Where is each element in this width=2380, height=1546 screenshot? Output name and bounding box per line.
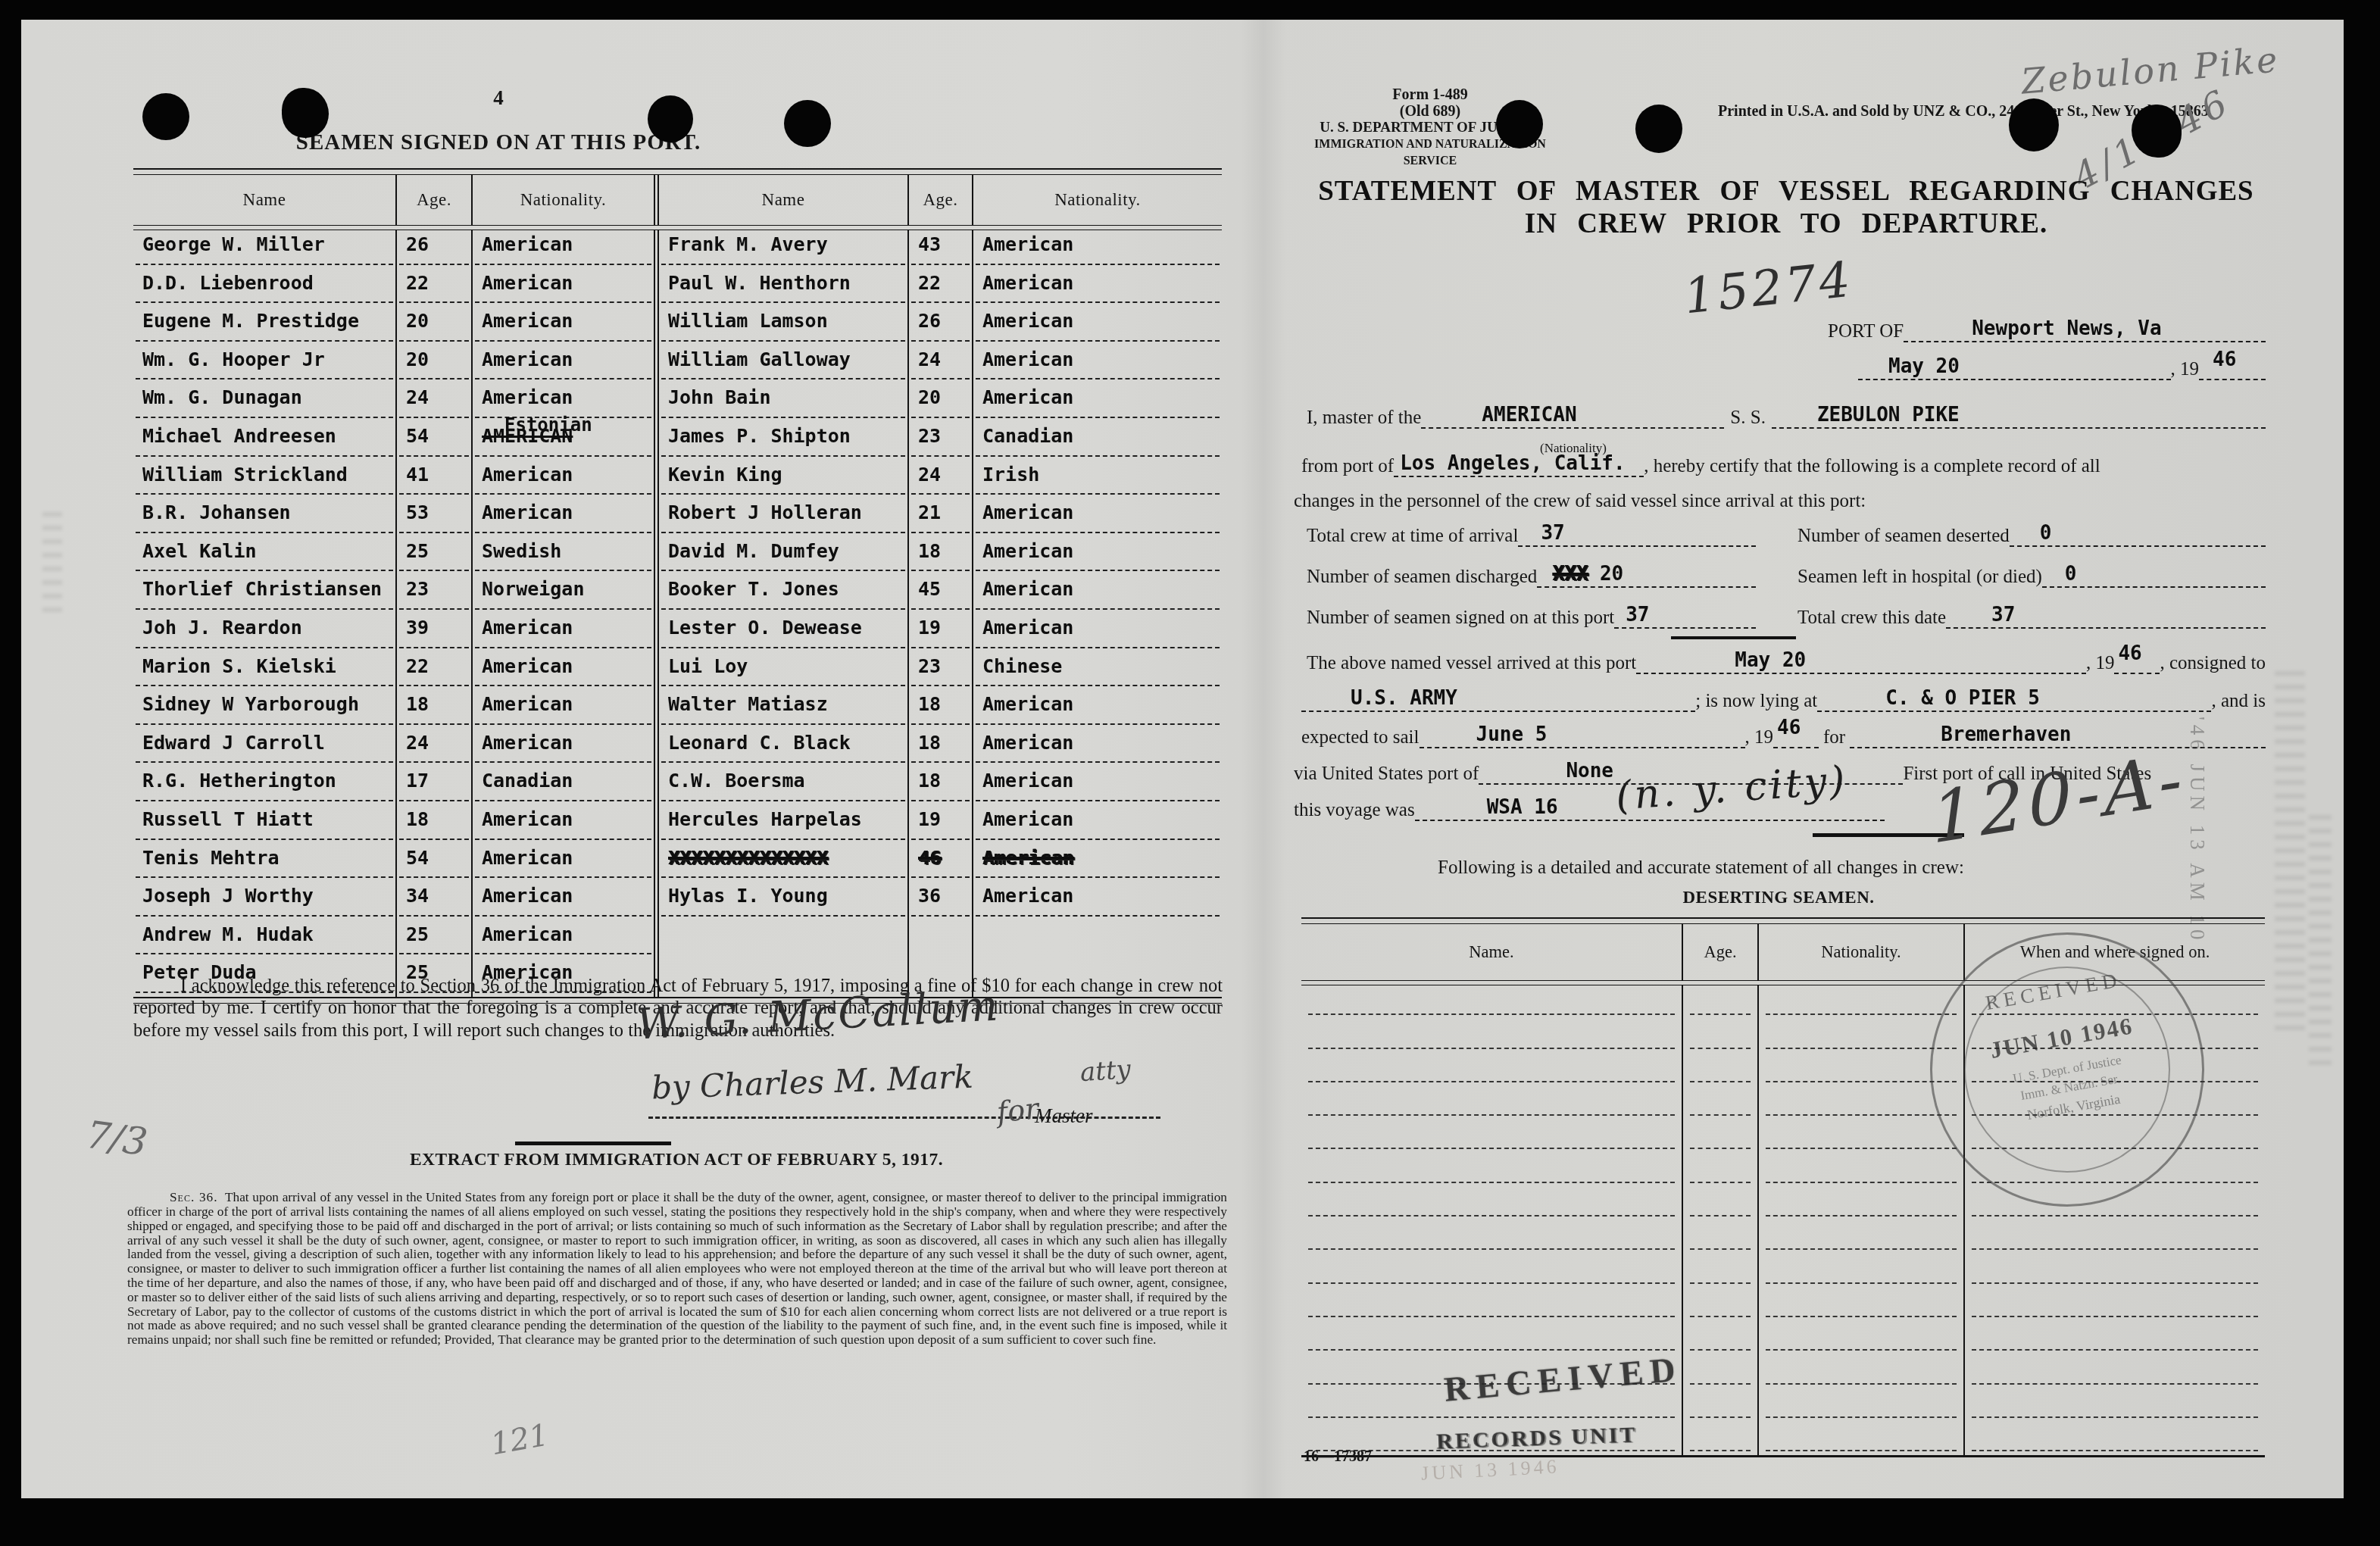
cell-name: Joh J. Reardon xyxy=(142,617,302,639)
table-row: Sidney W Yarborough18AmericanWalter Mati… xyxy=(133,690,1222,729)
page-number: 4 xyxy=(476,86,521,110)
cell-nationality: Chinese xyxy=(982,655,1062,677)
cell-nationality: American xyxy=(982,847,1073,869)
cell-nationality: Canadian xyxy=(482,770,573,792)
master-line: I, master of the AMERICAN S. S. ZEBULON … xyxy=(1307,408,2266,429)
cell-name: Robert J Holleran xyxy=(668,501,862,523)
cell-nationality: American xyxy=(982,272,1073,294)
cell-age: 25 xyxy=(406,923,429,945)
attorney-abbrev: atty xyxy=(1079,1054,1132,1088)
stat-hospital-value: 0 xyxy=(2065,563,2077,586)
scan-border-left xyxy=(0,0,21,1546)
extract-heading: EXTRACT FROM IMMIGRATION ACT OF FEBRUARY… xyxy=(127,1150,1226,1170)
table-row: William Strickland41AmericanKevin King24… xyxy=(133,461,1222,499)
consignee-fill: U.S. ARMY xyxy=(1301,704,1695,712)
cell-age: 18 xyxy=(918,693,941,715)
table-row: B.R. Johansen53AmericanRobert J Holleran… xyxy=(133,498,1222,537)
scanned-document: 4 SEAMEN SIGNED ON AT THIS PORT. Name Ag… xyxy=(0,0,2380,1546)
handwritten-vessel-name: Zebulon Pike xyxy=(2019,39,2281,102)
punch-hole xyxy=(784,100,831,147)
cell-age: 26 xyxy=(918,310,941,332)
sail-fill: June 5 xyxy=(1420,741,1745,748)
section-label: Sec. 36. xyxy=(170,1190,218,1204)
cell-nationality: American xyxy=(982,578,1073,600)
cell-nationality: American xyxy=(982,348,1073,370)
stat-hospital: Seamen left in hospital (or died) 0 xyxy=(1797,567,2266,588)
cell-nationality: American xyxy=(982,693,1073,715)
port-line: PORT OF Newport News, Va xyxy=(1828,321,2266,342)
year-value: 46 xyxy=(2213,348,2236,371)
faint-date-stamp: JUN 13 1946 xyxy=(1420,1455,1560,1485)
cell-age: 54 xyxy=(406,847,429,869)
lying-suffix: , and is xyxy=(2211,691,2266,712)
cell-name: Joseph J Worthy xyxy=(142,885,314,907)
cell-age: 18 xyxy=(406,808,429,830)
deserting-empty-row xyxy=(1301,1288,2265,1321)
cell-age: 20 xyxy=(406,310,429,332)
cell-name: B.R. Johansen xyxy=(142,501,291,523)
extract-heading-bar xyxy=(515,1142,671,1145)
cell-age: 25 xyxy=(406,540,429,562)
from-port-fill: Los Angeles, Calif. xyxy=(1394,470,1644,477)
cell-nationality: American xyxy=(982,617,1073,639)
cell-name: Axel Kalin xyxy=(142,540,257,562)
master-label: Master xyxy=(1035,1104,1093,1128)
col-header-nationality2: Nationality. xyxy=(972,175,1222,225)
table-row: Michael Andreesen54EstonianAMERICANJames… xyxy=(133,422,1222,461)
cell-nationality: American xyxy=(482,923,573,945)
cell-age: 20 xyxy=(918,386,941,408)
deserting-col-nationality: Nationality. xyxy=(1757,924,1963,980)
cell-name: Sidney W Yarborough xyxy=(142,693,359,715)
cell-nationality: American xyxy=(482,501,573,523)
file-number-handwritten: 15274 xyxy=(1682,252,1856,326)
punch-hole xyxy=(2132,105,2182,158)
table-row: Axel Kalin25SwedishDavid M. Dumfey18Amer… xyxy=(133,537,1222,576)
stat-deserted-fill: 0 xyxy=(2010,539,2266,547)
cell-nationality: American xyxy=(482,847,573,869)
cell-name: Marion S. Kielski xyxy=(142,655,336,677)
title-line-1: STATEMENT OF MASTER OF VESSEL REGARDING … xyxy=(1294,175,2278,208)
stat-arrival-fill: 37 xyxy=(1518,539,1756,547)
cell-nationality: American xyxy=(482,617,573,639)
dest-value: Bremerhaven xyxy=(1941,723,2071,746)
via-pre: via United States port of xyxy=(1294,764,1479,785)
cell-age: 34 xyxy=(406,885,429,907)
crew-table-rows: George W. Miller26AmericanFrank M. Avery… xyxy=(133,230,1222,997)
cell-nationality: American xyxy=(982,386,1073,408)
cell-nationality: American xyxy=(482,885,573,907)
cell-name: C.W. Boersma xyxy=(668,770,805,792)
table-row: Eugene M. Prestidge20AmericanWilliam Lam… xyxy=(133,307,1222,345)
cell-name: Wm. G. Dunagan xyxy=(142,386,302,408)
cell-name: William Strickland xyxy=(142,464,348,486)
cell-nationality: American xyxy=(482,732,573,754)
date-fill: May 20 xyxy=(1858,373,2171,380)
cell-name: R.G. Hetherington xyxy=(142,770,336,792)
cell-age: 45 xyxy=(918,578,941,600)
cell-name: Paul W. Henthorn xyxy=(668,272,851,294)
cell-name: Kevin King xyxy=(668,464,782,486)
scan-border-bottom xyxy=(0,1498,2380,1546)
punch-hole xyxy=(142,93,189,140)
bleed-through-text xyxy=(2275,671,2305,1035)
table-row: George W. Miller26AmericanFrank M. Avery… xyxy=(133,230,1222,269)
arrived-year-fill: 46 xyxy=(2114,667,2160,674)
sail-year-prefix: , 19 xyxy=(1745,727,1774,748)
year-prefix: , 19 xyxy=(2171,359,2200,380)
pier-value: C. & O PIER 5 xyxy=(1885,687,2040,710)
lying-line: U.S. ARMY ; is now lying at C. & O PIER … xyxy=(1301,691,2266,712)
lying-mid: ; is now lying at xyxy=(1695,691,1817,712)
deserting-empty-row xyxy=(1301,1254,2265,1287)
cell-name: Tenis Mehtra xyxy=(142,847,280,869)
cell-name: Thorlief Christiansen xyxy=(142,578,382,600)
cell-name: Lui Loy xyxy=(668,655,748,677)
table-row: Wm. G. Hooper Jr20AmericanWilliam Gallow… xyxy=(133,345,1222,384)
col-header-age2: Age. xyxy=(907,175,972,225)
deserting-empty-row xyxy=(1301,1321,2265,1354)
arrived-year: 46 xyxy=(2118,642,2141,665)
col-header-name2: Name xyxy=(654,175,907,225)
crew-table: Name Age. Nationality. Name Age. Nationa… xyxy=(133,168,1222,1004)
stat-discharged-value: 20 xyxy=(1600,563,1623,586)
table-row: Wm. G. Dunagan24AmericanJohn Bain20Ameri… xyxy=(133,383,1222,422)
table-row: R.G. Hetherington17CanadianC.W. Boersma1… xyxy=(133,767,1222,805)
arrived-suffix: , consigned to xyxy=(2160,653,2266,674)
cell-nationality: American xyxy=(482,272,573,294)
pencil-mark-top: 7/3 xyxy=(83,1113,150,1165)
extract-text: That upon arrival of any vessel in the U… xyxy=(127,1190,1227,1347)
edge-smudge xyxy=(42,512,62,618)
stat-total-value: 37 xyxy=(1991,604,2015,626)
cell-name: Russell T Hiatt xyxy=(142,808,314,830)
table-row: Thorlief Christiansen23NorweiganBooker T… xyxy=(133,575,1222,614)
table-row: Edward J Carroll24AmericanLeonard C. Bla… xyxy=(133,729,1222,767)
cell-age: 43 xyxy=(918,233,941,255)
cell-nationality: American xyxy=(482,655,573,677)
stat-discharged-label: Number of seamen discharged xyxy=(1307,567,1537,588)
cell-age: 22 xyxy=(918,272,941,294)
deserting-bottom-rule xyxy=(1301,1455,2265,1459)
sail-line: expected to sail June 5 , 19 46 for Brem… xyxy=(1301,727,2266,748)
cell-age: 41 xyxy=(406,464,429,486)
cell-age: 23 xyxy=(918,425,941,447)
cell-nationality: Canadian xyxy=(982,425,1073,447)
cell-age: 22 xyxy=(406,655,429,677)
punch-hole xyxy=(648,95,693,142)
cell-nationality: American xyxy=(482,233,573,255)
stat-hospital-label: Seamen left in hospital (or died) xyxy=(1797,567,2042,588)
paper-spread: 4 SEAMEN SIGNED ON AT THIS PORT. Name Ag… xyxy=(21,20,2344,1498)
extract-body: Sec. 36. That upon arrival of any vessel… xyxy=(127,1191,1227,1348)
arrived-value: May 20 xyxy=(1735,649,1806,672)
stat-total-fill: 37 xyxy=(1946,621,2266,629)
cell-nationality: Irish xyxy=(982,464,1039,486)
cell-age: 22 xyxy=(406,272,429,294)
voyage-pre: this voyage was xyxy=(1294,800,1415,821)
changes-line: changes in the personnel of the crew of … xyxy=(1294,491,1866,512)
cell-nationality: American xyxy=(482,464,573,486)
left-page-title: SEAMEN SIGNED ON AT THIS PORT. xyxy=(279,130,718,155)
nationality-fill: AMERICAN xyxy=(1421,421,1724,429)
port-label: PORT OF xyxy=(1828,321,1904,342)
deserting-top-rule xyxy=(1301,917,2265,924)
cell-age: 39 xyxy=(406,617,429,639)
consignee-value: U.S. ARMY xyxy=(1351,687,1457,710)
port-value: Newport News, Va xyxy=(1972,317,2161,340)
scan-border-top xyxy=(0,0,2380,20)
title-line-2: IN CREW PRIOR TO DEPARTURE. xyxy=(1294,208,2278,240)
table-row: Joh J. Reardon39AmericanLester O. Deweas… xyxy=(133,614,1222,652)
cell-name: William Lamson xyxy=(668,310,828,332)
cell-name: Hercules Harpelas xyxy=(668,808,862,830)
cell-nationality: American xyxy=(982,808,1073,830)
cell-nationality: American xyxy=(982,310,1073,332)
cell-age: 19 xyxy=(918,808,941,830)
cell-nationality: Norweigan xyxy=(482,578,584,600)
for-word-handwritten: for xyxy=(995,1092,1040,1129)
voyage-value: WSA 16 xyxy=(1487,796,1558,819)
table-row: Andrew M. Hudak25American xyxy=(133,920,1222,959)
punch-hole xyxy=(1635,105,1682,153)
cell-nationality: American xyxy=(982,732,1073,754)
deserting-heading: DESERTING SEAMEN. xyxy=(1635,888,1922,907)
print-order-number: 16—17387 xyxy=(1304,1448,1372,1466)
stat-signed: Number of seamen signed on at this port … xyxy=(1307,607,1756,629)
cell-name: Leonard C. Black xyxy=(668,732,851,754)
master-pre: I, master of the xyxy=(1307,408,1421,429)
cell-age: 18 xyxy=(406,693,429,715)
punch-hole xyxy=(2009,98,2059,151)
cell-name: XXXXXXXXXXXXXX xyxy=(668,847,828,869)
table-row: D.D. Liebenrood22AmericanPaul W. Henthor… xyxy=(133,269,1222,308)
cell-age: 24 xyxy=(918,464,941,486)
stat-signed-fill: 37 xyxy=(1614,621,1756,629)
arrived-pre: The above named vessel arrived at this p… xyxy=(1307,653,1636,674)
cell-nationality: American xyxy=(982,540,1073,562)
stat-deserted: Number of seamen deserted 0 xyxy=(1797,526,2266,547)
stat-arrival: Total crew at time of arrival 37 xyxy=(1307,526,1756,547)
deserting-empty-row xyxy=(1301,1220,2265,1254)
divider-rule xyxy=(1671,636,1796,639)
cell-name: Michael Andreesen xyxy=(142,425,336,447)
cell-name: Walter Matiasz xyxy=(668,693,828,715)
cell-name: Eugene M. Prestidge xyxy=(142,310,359,332)
cell-age: 21 xyxy=(918,501,941,523)
arrived-fill: May 20 xyxy=(1636,667,2086,674)
cell-name: Hylas I. Young xyxy=(668,885,828,907)
stat-deserted-value: 0 xyxy=(2040,522,2052,545)
punch-hole xyxy=(282,88,329,138)
vessel-fill: ZEBULON PIKE xyxy=(1772,421,2266,429)
cell-nationality: American xyxy=(982,770,1073,792)
from-port-value: Los Angeles, Calif. xyxy=(1400,452,1625,475)
vessel-value: ZEBULON PIKE xyxy=(1817,404,1960,426)
corrected-nationality: Estonian xyxy=(504,414,592,436)
cell-age: 23 xyxy=(406,578,429,600)
cell-age: 24 xyxy=(406,732,429,754)
col-header-name: Name xyxy=(133,175,395,225)
cell-name: Andrew M. Hudak xyxy=(142,923,314,945)
punch-hole xyxy=(1496,100,1543,148)
stat-signed-value: 37 xyxy=(1626,604,1649,626)
cell-age: 18 xyxy=(918,770,941,792)
cell-name: John Bain xyxy=(668,386,770,408)
side-received-timestamp: '46 JUN 13 AM 10 xyxy=(2185,717,2209,944)
stat-discharged-struck: XXX xyxy=(1552,563,1588,586)
pencil-big-number: 120-A- xyxy=(1929,738,2188,860)
table-row: Russell T Hiatt18AmericanHercules Harpel… xyxy=(133,805,1222,844)
cell-age: 53 xyxy=(406,501,429,523)
cell-age: 20 xyxy=(406,348,429,370)
cell-age: 24 xyxy=(406,386,429,408)
pier-fill: C. & O PIER 5 xyxy=(1817,704,2211,712)
sail-pre: expected to sail xyxy=(1301,727,1420,748)
cell-age: 26 xyxy=(406,233,429,255)
col-header-nationality: Nationality. xyxy=(471,175,654,225)
table-top-rule xyxy=(133,168,1222,175)
table-row: Tenis Mehtra54AmericanXXXXXXXXXXXXXX46Am… xyxy=(133,844,1222,882)
cell-age: 23 xyxy=(918,655,941,677)
cell-age: 18 xyxy=(918,732,941,754)
cell-name: James P. Shipton xyxy=(668,425,851,447)
nationality-value: AMERICAN xyxy=(1482,404,1576,426)
from-port-line: from port of Los Angeles, Calif. , hereb… xyxy=(1301,456,2266,477)
table-row: Marion S. Kielski22AmericanLui Loy23Chin… xyxy=(133,652,1222,691)
page-fold-shadow xyxy=(1241,20,1286,1498)
date-value: May 20 xyxy=(1888,355,1960,378)
sail-value: June 5 xyxy=(1476,723,1548,746)
cell-nationality: American xyxy=(982,233,1073,255)
stat-deserted-label: Number of seamen deserted xyxy=(1797,526,2010,547)
pencil-mark-bottom: 121 xyxy=(489,1418,551,1463)
stat-arrival-label: Total crew at time of arrival xyxy=(1307,526,1518,547)
from-port-label: from port of xyxy=(1301,456,1394,477)
cell-name: D.D. Liebenrood xyxy=(142,272,314,294)
cell-name: Booker T. Jones xyxy=(668,578,839,600)
attorney-signature: by Charles M. Mark xyxy=(651,1058,973,1107)
stat-discharged: Number of seamen discharged XXX 20 xyxy=(1307,567,1756,588)
table-row: Joseph J Worthy34AmericanHylas I. Young3… xyxy=(133,882,1222,920)
cell-age: 19 xyxy=(918,617,941,639)
arrived-line: The above named vessel arrived at this p… xyxy=(1307,653,2266,674)
bleed-through-text-2 xyxy=(2309,815,2332,1065)
cell-name: Frank M. Avery xyxy=(668,233,828,255)
cell-age: 17 xyxy=(406,770,429,792)
from-port-suffix: , hereby certify that the following is a… xyxy=(1644,456,2100,477)
stat-total: Total crew this date 37 xyxy=(1797,607,2266,629)
cell-age: 36 xyxy=(918,885,941,907)
port-fill: Newport News, Va xyxy=(1904,335,2266,342)
stat-hospital-fill: 0 xyxy=(2042,580,2266,588)
cell-name: David M. Dumfey xyxy=(668,540,839,562)
stat-arrival-value: 37 xyxy=(1541,522,1564,545)
cell-age: 54 xyxy=(406,425,429,447)
cell-nationality: American xyxy=(482,693,573,715)
cell-nationality: American xyxy=(482,310,573,332)
header-rule xyxy=(133,225,1222,230)
crew-table-header: Name Age. Nationality. Name Age. Nationa… xyxy=(133,175,1222,225)
via-value: None xyxy=(1566,760,1613,782)
cell-age: 18 xyxy=(918,540,941,562)
year-fill: 46 xyxy=(2199,373,2266,380)
cell-name: Edward J Carroll xyxy=(142,732,325,754)
cell-name: Wm. G. Hooper Jr xyxy=(142,348,325,370)
sail-year: 46 xyxy=(1777,717,1801,739)
date-line: May 20 , 19 46 xyxy=(1858,359,2266,380)
deserting-col-age: Age. xyxy=(1682,924,1757,980)
stat-discharged-fill: XXX 20 xyxy=(1537,580,1756,588)
cell-age: 46 xyxy=(918,847,941,869)
sail-for: for xyxy=(1819,727,1850,748)
cell-nationality: American xyxy=(982,501,1073,523)
deserting-col-name: Name. xyxy=(1301,924,1682,980)
cell-nationality: American xyxy=(482,348,573,370)
stat-total-label: Total crew this date xyxy=(1797,607,1946,629)
stat-signed-label: Number of seamen signed on at this port xyxy=(1307,607,1614,629)
cell-nationality: American xyxy=(982,885,1073,907)
cell-nationality: Swedish xyxy=(482,540,561,562)
cell-name: William Galloway xyxy=(668,348,851,370)
ss-label: S. S. xyxy=(1724,408,1772,429)
col-header-age: Age. xyxy=(395,175,471,225)
right-page-title: STATEMENT OF MASTER OF VESSEL REGARDING … xyxy=(1294,175,2278,240)
cell-name: George W. Miller xyxy=(142,233,325,255)
sail-year-fill: 46 xyxy=(1773,741,1819,748)
cell-nationality: American xyxy=(482,808,573,830)
following-line: Following is a detailed and accurate sta… xyxy=(1438,857,1964,879)
cell-age: 24 xyxy=(918,348,941,370)
scan-border-right xyxy=(2344,0,2380,1546)
arrived-year-prefix: , 19 xyxy=(2086,653,2115,674)
cell-name: Lester O. Dewease xyxy=(668,617,862,639)
cell-nationality: American xyxy=(482,386,573,408)
